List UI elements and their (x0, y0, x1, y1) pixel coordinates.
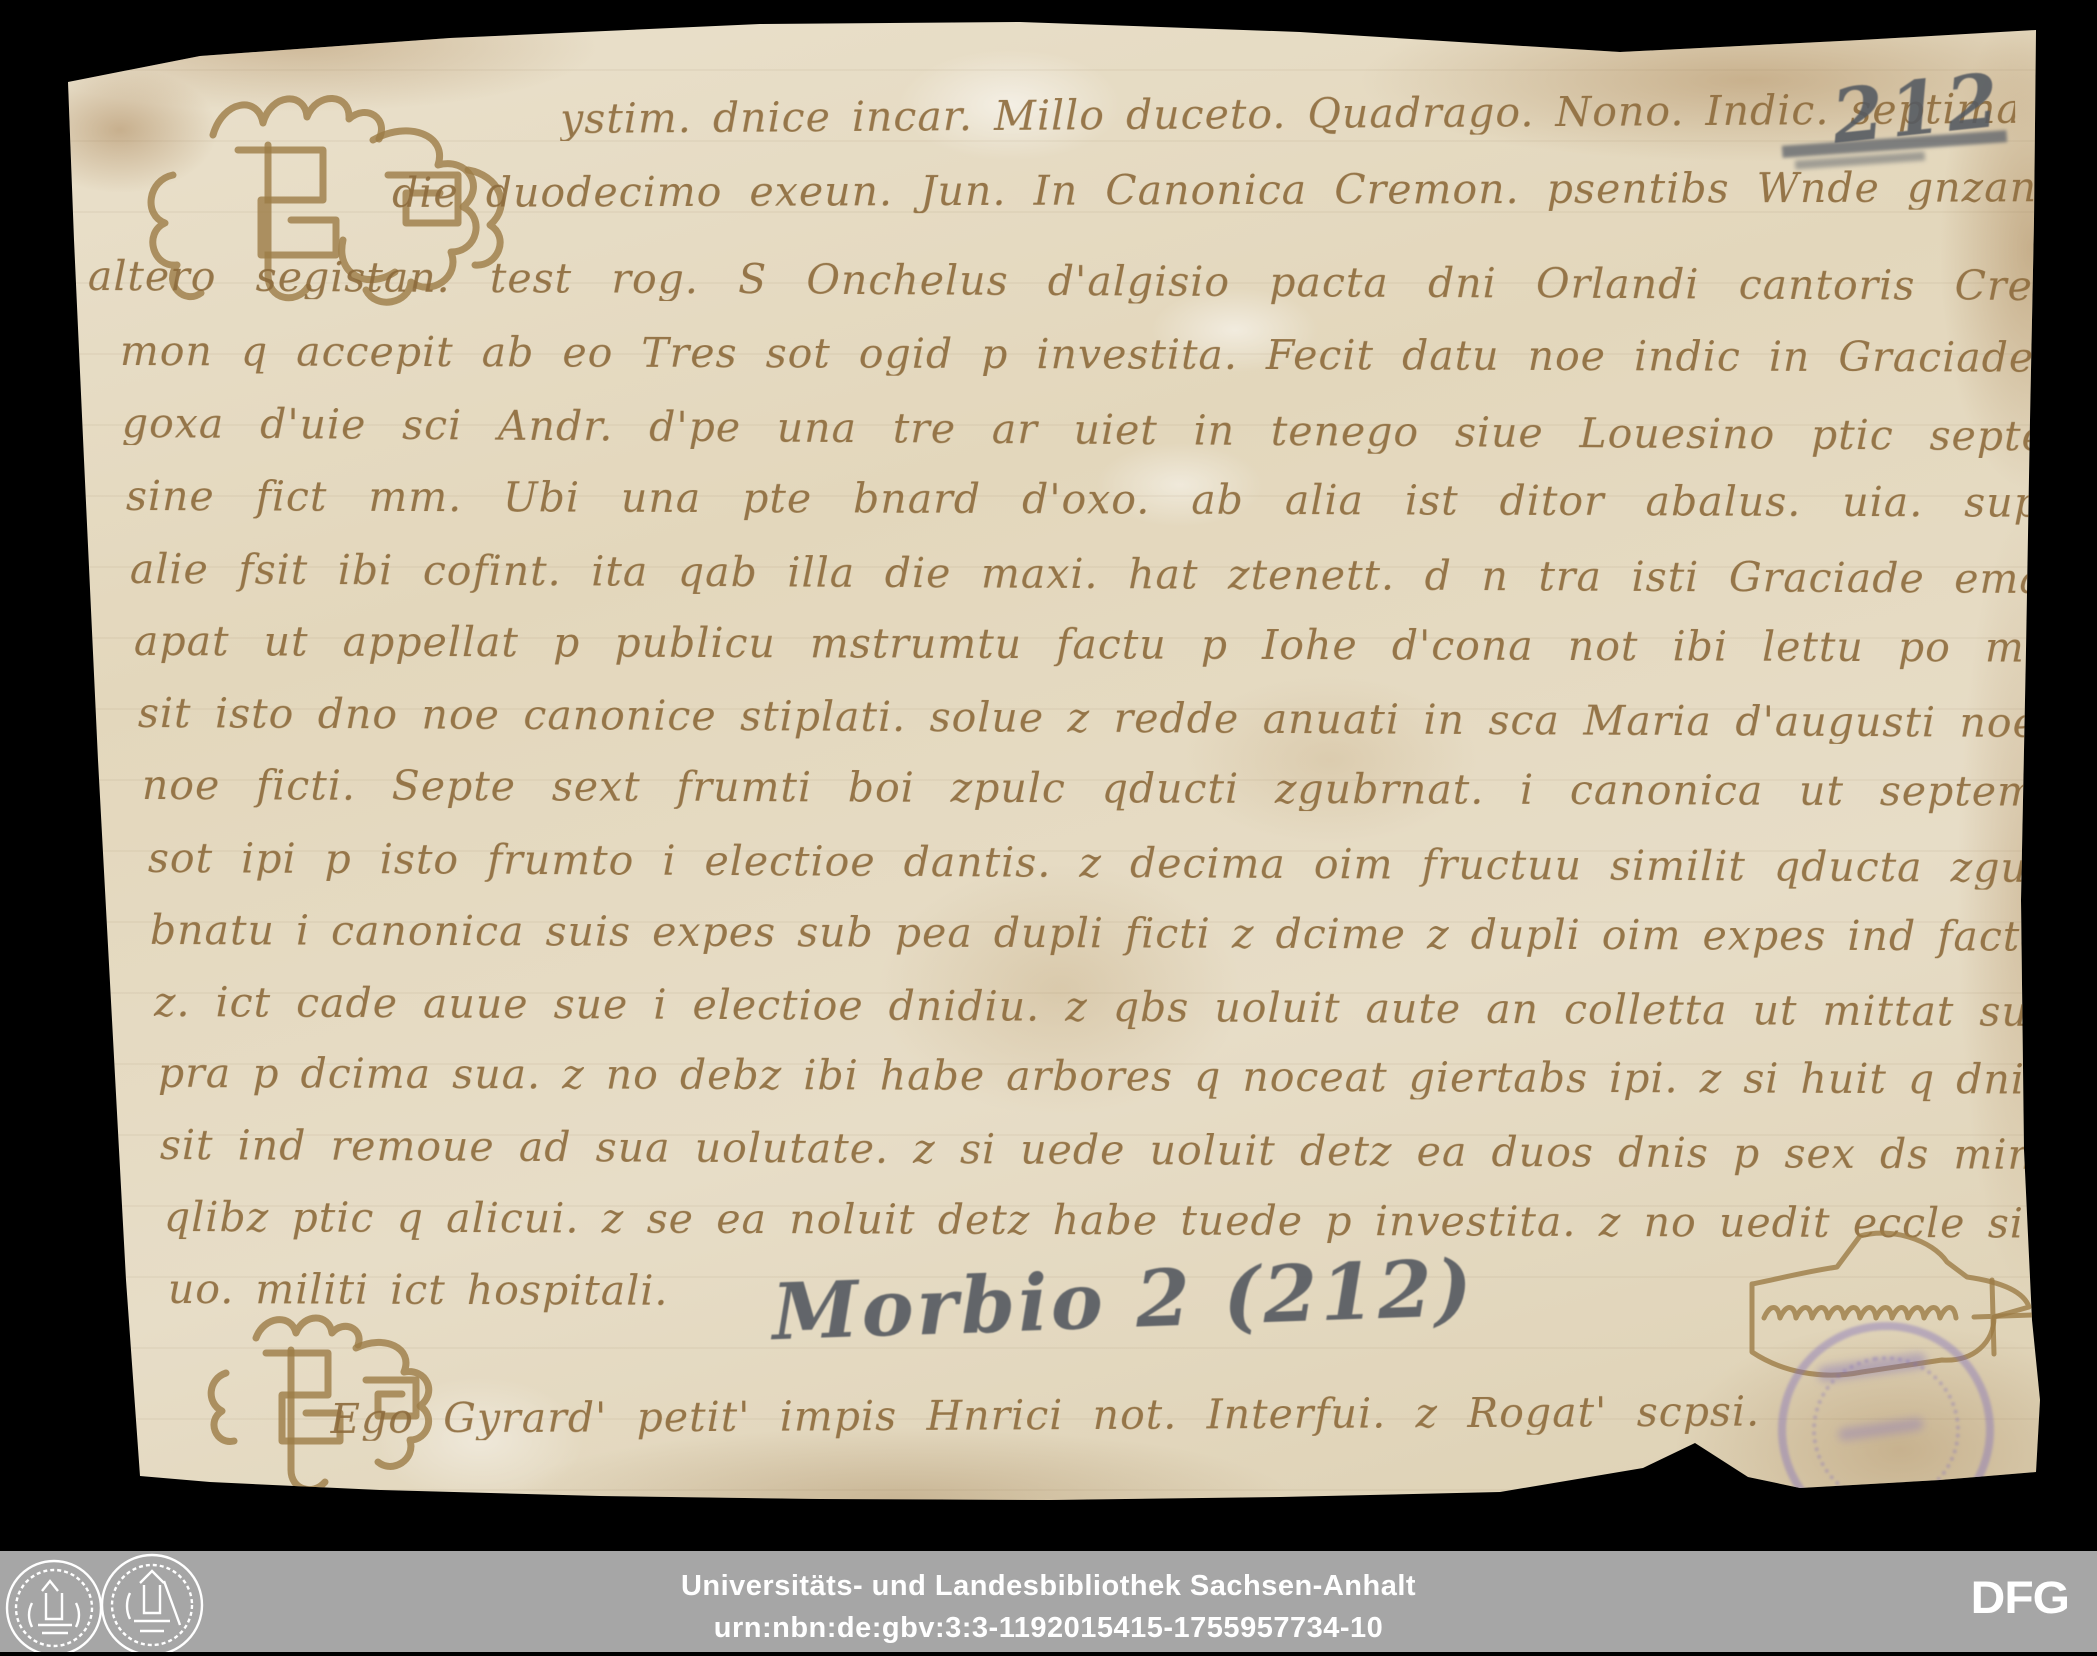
manuscript-line: z. ict cade auue sue i electioe dnidiu. … (154, 981, 2029, 1034)
manuscript-line: pra p dcima sua. z no debz ibi habe arbo… (158, 1052, 2038, 1102)
stamp-text-smudge (1817, 1352, 1928, 1383)
manuscript-line: ystim. dnice incar. Millo duceto. Quadra… (560, 88, 2015, 141)
footer-bar: Universitäts- und Landesbibliothek Sachs… (0, 1551, 2097, 1652)
notary-subscription-line: Ego Gyrard' petit' impis Hnrici not. Int… (330, 1391, 1760, 1442)
manuscript-line: bnatu i canonica suis expes sub pea dupl… (150, 909, 2035, 959)
manuscript-line: die duodecimo exeun. Jun. In Canonica Cr… (392, 166, 2037, 215)
manuscript-line: goxa d'uie sci Andr. d'pe una tre ar uie… (122, 402, 2047, 458)
manuscript-line: noe ficti. Septe sext frumti boi zpulc q… (142, 764, 2037, 814)
urn-identifier: urn:nbn:de:gbv:3:3-1192015415-1755957734… (0, 1614, 2097, 1643)
parchment-document: ystim. dnice incar. Millo duceto. Quadra… (0, 0, 2097, 1530)
manuscript-line: alie fsit ibi cofint. ita qab illa die m… (130, 548, 2045, 601)
manuscript-line: sot ipi p isto frumto i electioe dantis.… (148, 837, 2028, 890)
manuscript-line: sine fict mm. Ubi una pte bnard d'oxo. a… (126, 475, 2041, 525)
manuscript-line: mon q accepit ab eo Tres sot ogid p inve… (120, 330, 2060, 380)
manuscript-line: uo. militi ict hospitali. (168, 1268, 713, 1313)
manuscript-line: sit ind remoue ad sua uolutate. z si ued… (160, 1124, 2035, 1177)
manuscript-line: sit isto dno noe canonice stiplati. solu… (138, 692, 2038, 745)
pencil-shelfmark-annotation: Morbio 2 (212) (771, 1250, 1476, 1352)
scan-viewport: ystim. dnice incar. Millo duceto. Quadra… (0, 0, 2097, 1656)
stamp-text-smudge (1837, 1417, 1924, 1442)
manuscript-line: apat ut appellat p publicu mstrumtu fact… (134, 620, 2039, 670)
library-name: Universitäts- und Landesbibliothek Sachs… (0, 1572, 2097, 1601)
dfg-logo: DFG (1971, 1576, 2069, 1622)
